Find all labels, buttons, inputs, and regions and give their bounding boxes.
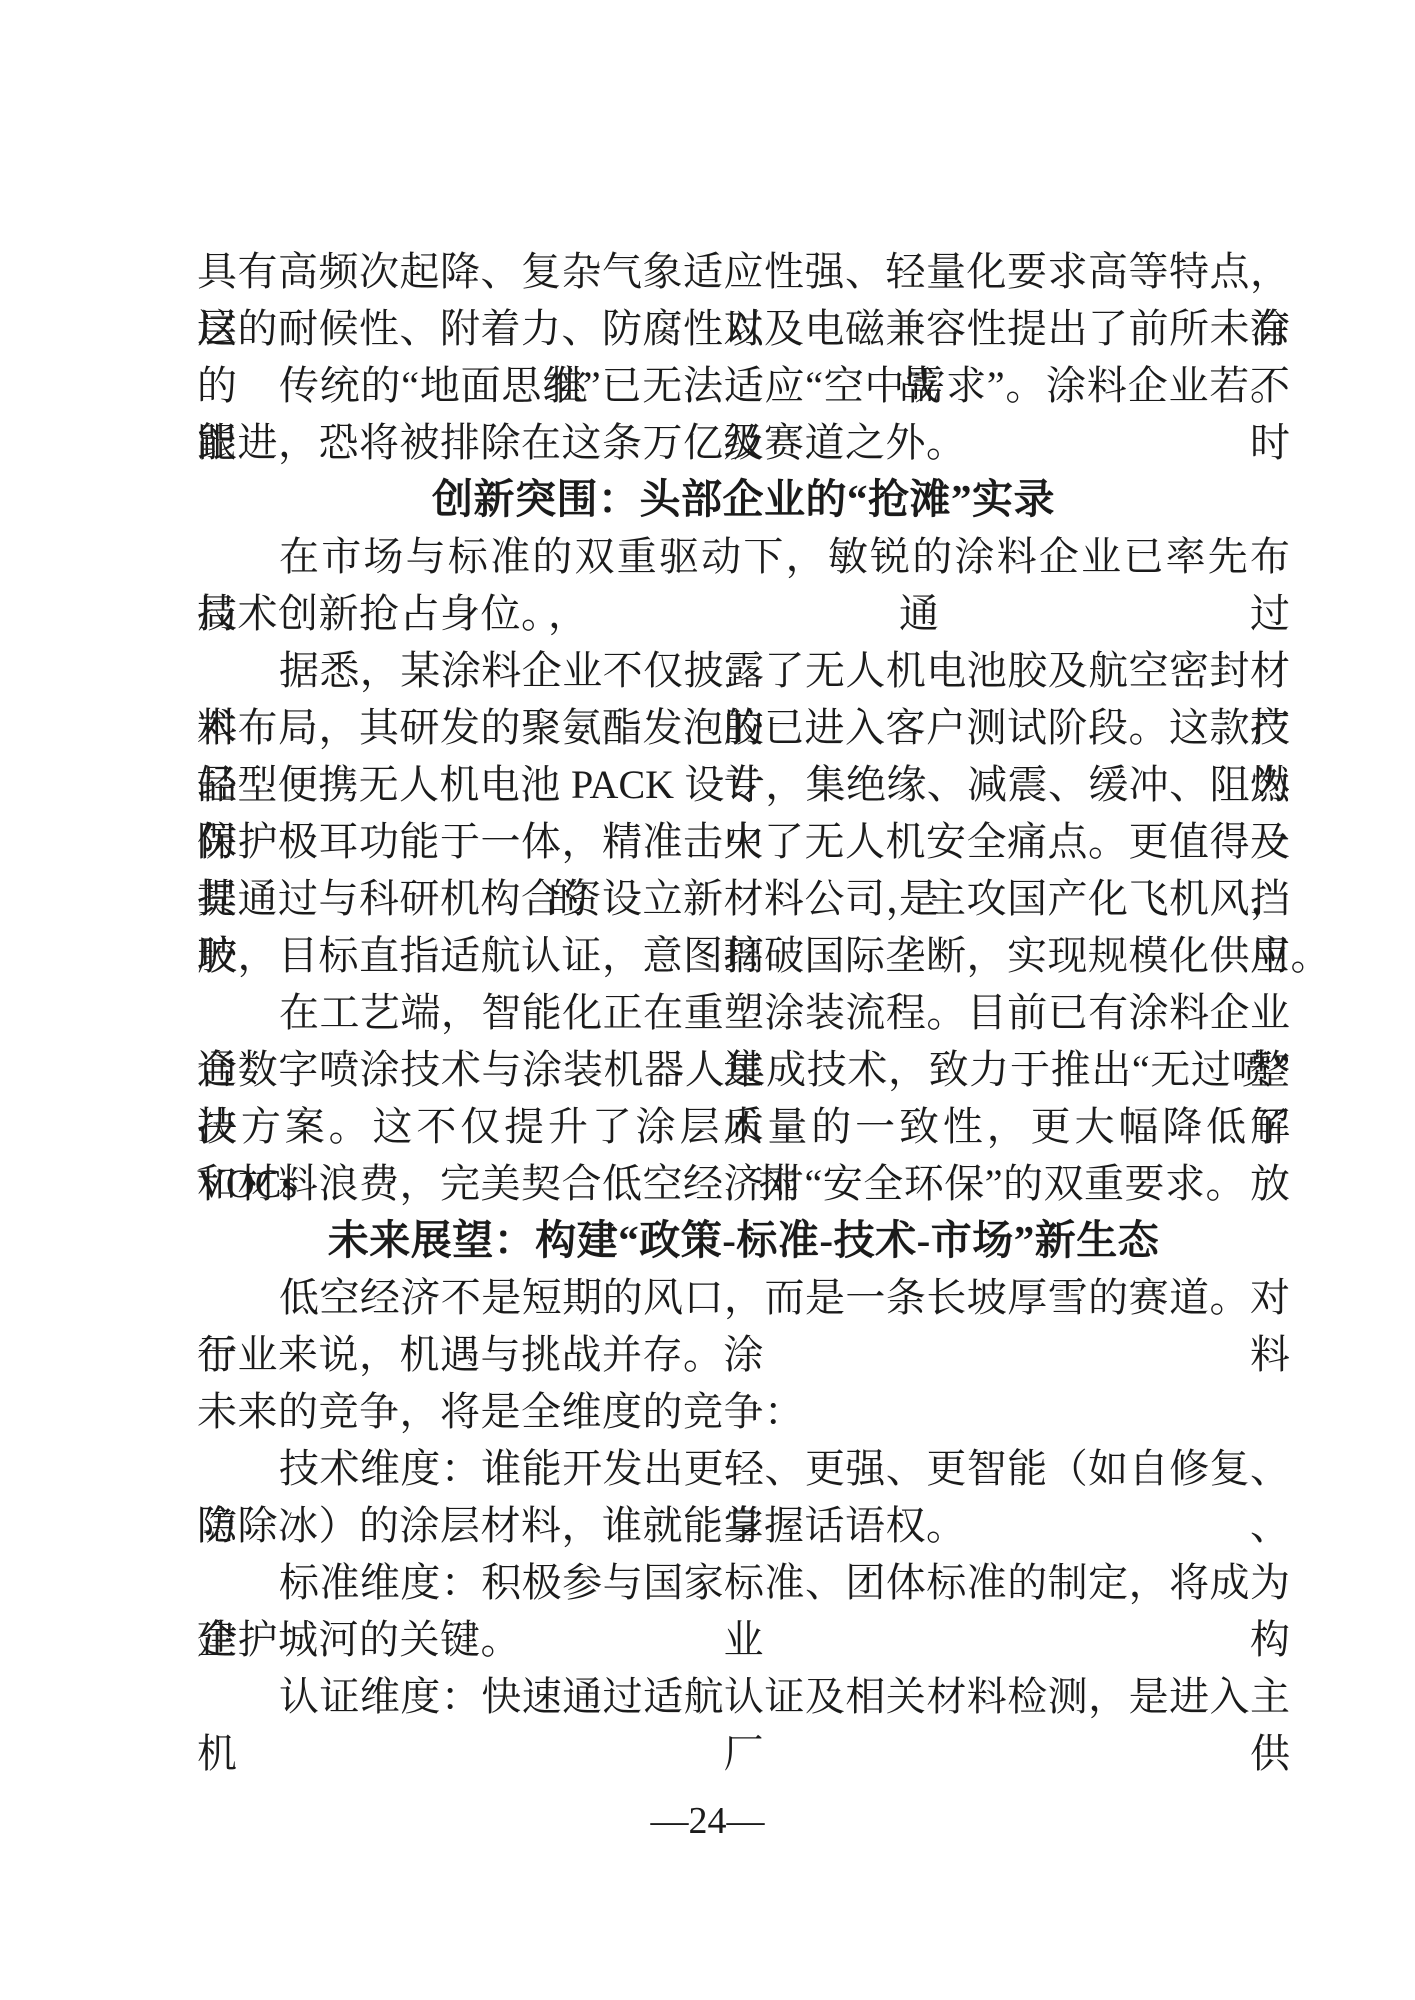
- paragraph-line: 层的耐候性、附着力、防腐性以及电磁兼容性提出了前所未有的挑战。: [197, 300, 1290, 357]
- paragraph-line: 胶，目标直指适航认证，意图打破国际垄断，实现规模化供应。: [197, 927, 1290, 984]
- paragraph-line: 据悉，某涂料企业不仅披露了无人机电池胶及航空密封材料的技: [197, 642, 1290, 699]
- paragraph-line: 技术维度：谁能开发出更轻、更强、更智能（如自修复、隐身、: [197, 1440, 1290, 1497]
- page-number: —24—: [0, 1793, 1415, 1850]
- document-page: 具有高频次起降、复杂气象适应性强、轻量化要求高等特点，这对涂层的耐候性、附着力、…: [0, 0, 1415, 2000]
- paragraph-line: 认证维度：快速通过适航认证及相关材料检测，是进入主机厂供: [197, 1668, 1290, 1725]
- paragraph-line: 合数字喷涂技术与涂装机器人集成技术，致力于推出“无过喷”技术解: [197, 1041, 1290, 1098]
- paragraph-line: 标准维度：积极参与国家标准、团体标准的制定，将成为企业构: [197, 1554, 1290, 1611]
- paragraph-line: 保护极耳功能于一体，精准击中了无人机安全痛点。更值得一提的是，: [197, 813, 1290, 870]
- paragraph-line: 在工艺端，智能化正在重塑涂装流程。目前已有涂料企业通过整: [197, 984, 1290, 1041]
- paragraph-line: 轻型便携无人机电池 PACK 设计，集绝缘、减震、缓冲、阻燃防火及: [197, 756, 1290, 813]
- paragraph-line: 术布局，其研发的聚氨酯发泡胶已进入客户测试阶段。这款产品专为: [197, 699, 1290, 756]
- paragraph-line: 传统的“地面思维”已无法适应“空中需求”。涂料企业若不能及时: [197, 357, 1290, 414]
- paragraph-line: 和材料浪费，完美契合低空经济对“安全环保”的双重要求。: [197, 1155, 1290, 1212]
- section-heading: 未来展望：构建“政策-标准-技术-市场”新生态: [197, 1212, 1290, 1269]
- text-block: 具有高频次起降、复杂气象适应性强、轻量化要求高等特点，这对涂层的耐候性、附着力、…: [197, 243, 1290, 1725]
- paragraph-line: 低空经济不是短期的风口，而是一条长坡厚雪的赛道。对于涂料: [197, 1269, 1290, 1326]
- paragraph-line: 在市场与标准的双重驱动下，敏锐的涂料企业已率先布局，通过: [197, 528, 1290, 585]
- paragraph-line: 决方案。这不仅提升了涂层质量的一致性，更大幅降低了 VOCs 排放: [197, 1098, 1290, 1155]
- paragraph-line: 其通过与科研机构合资设立新材料公司，主攻国产化飞机风挡玻璃用: [197, 870, 1290, 927]
- section-heading: 创新突围：头部企业的“抢滩”实录: [197, 471, 1290, 528]
- paragraph-line: 具有高频次起降、复杂气象适应性强、轻量化要求高等特点，这对涂: [197, 243, 1290, 300]
- paragraph-line: 未来的竞争，将是全维度的竞争：: [197, 1383, 1290, 1440]
